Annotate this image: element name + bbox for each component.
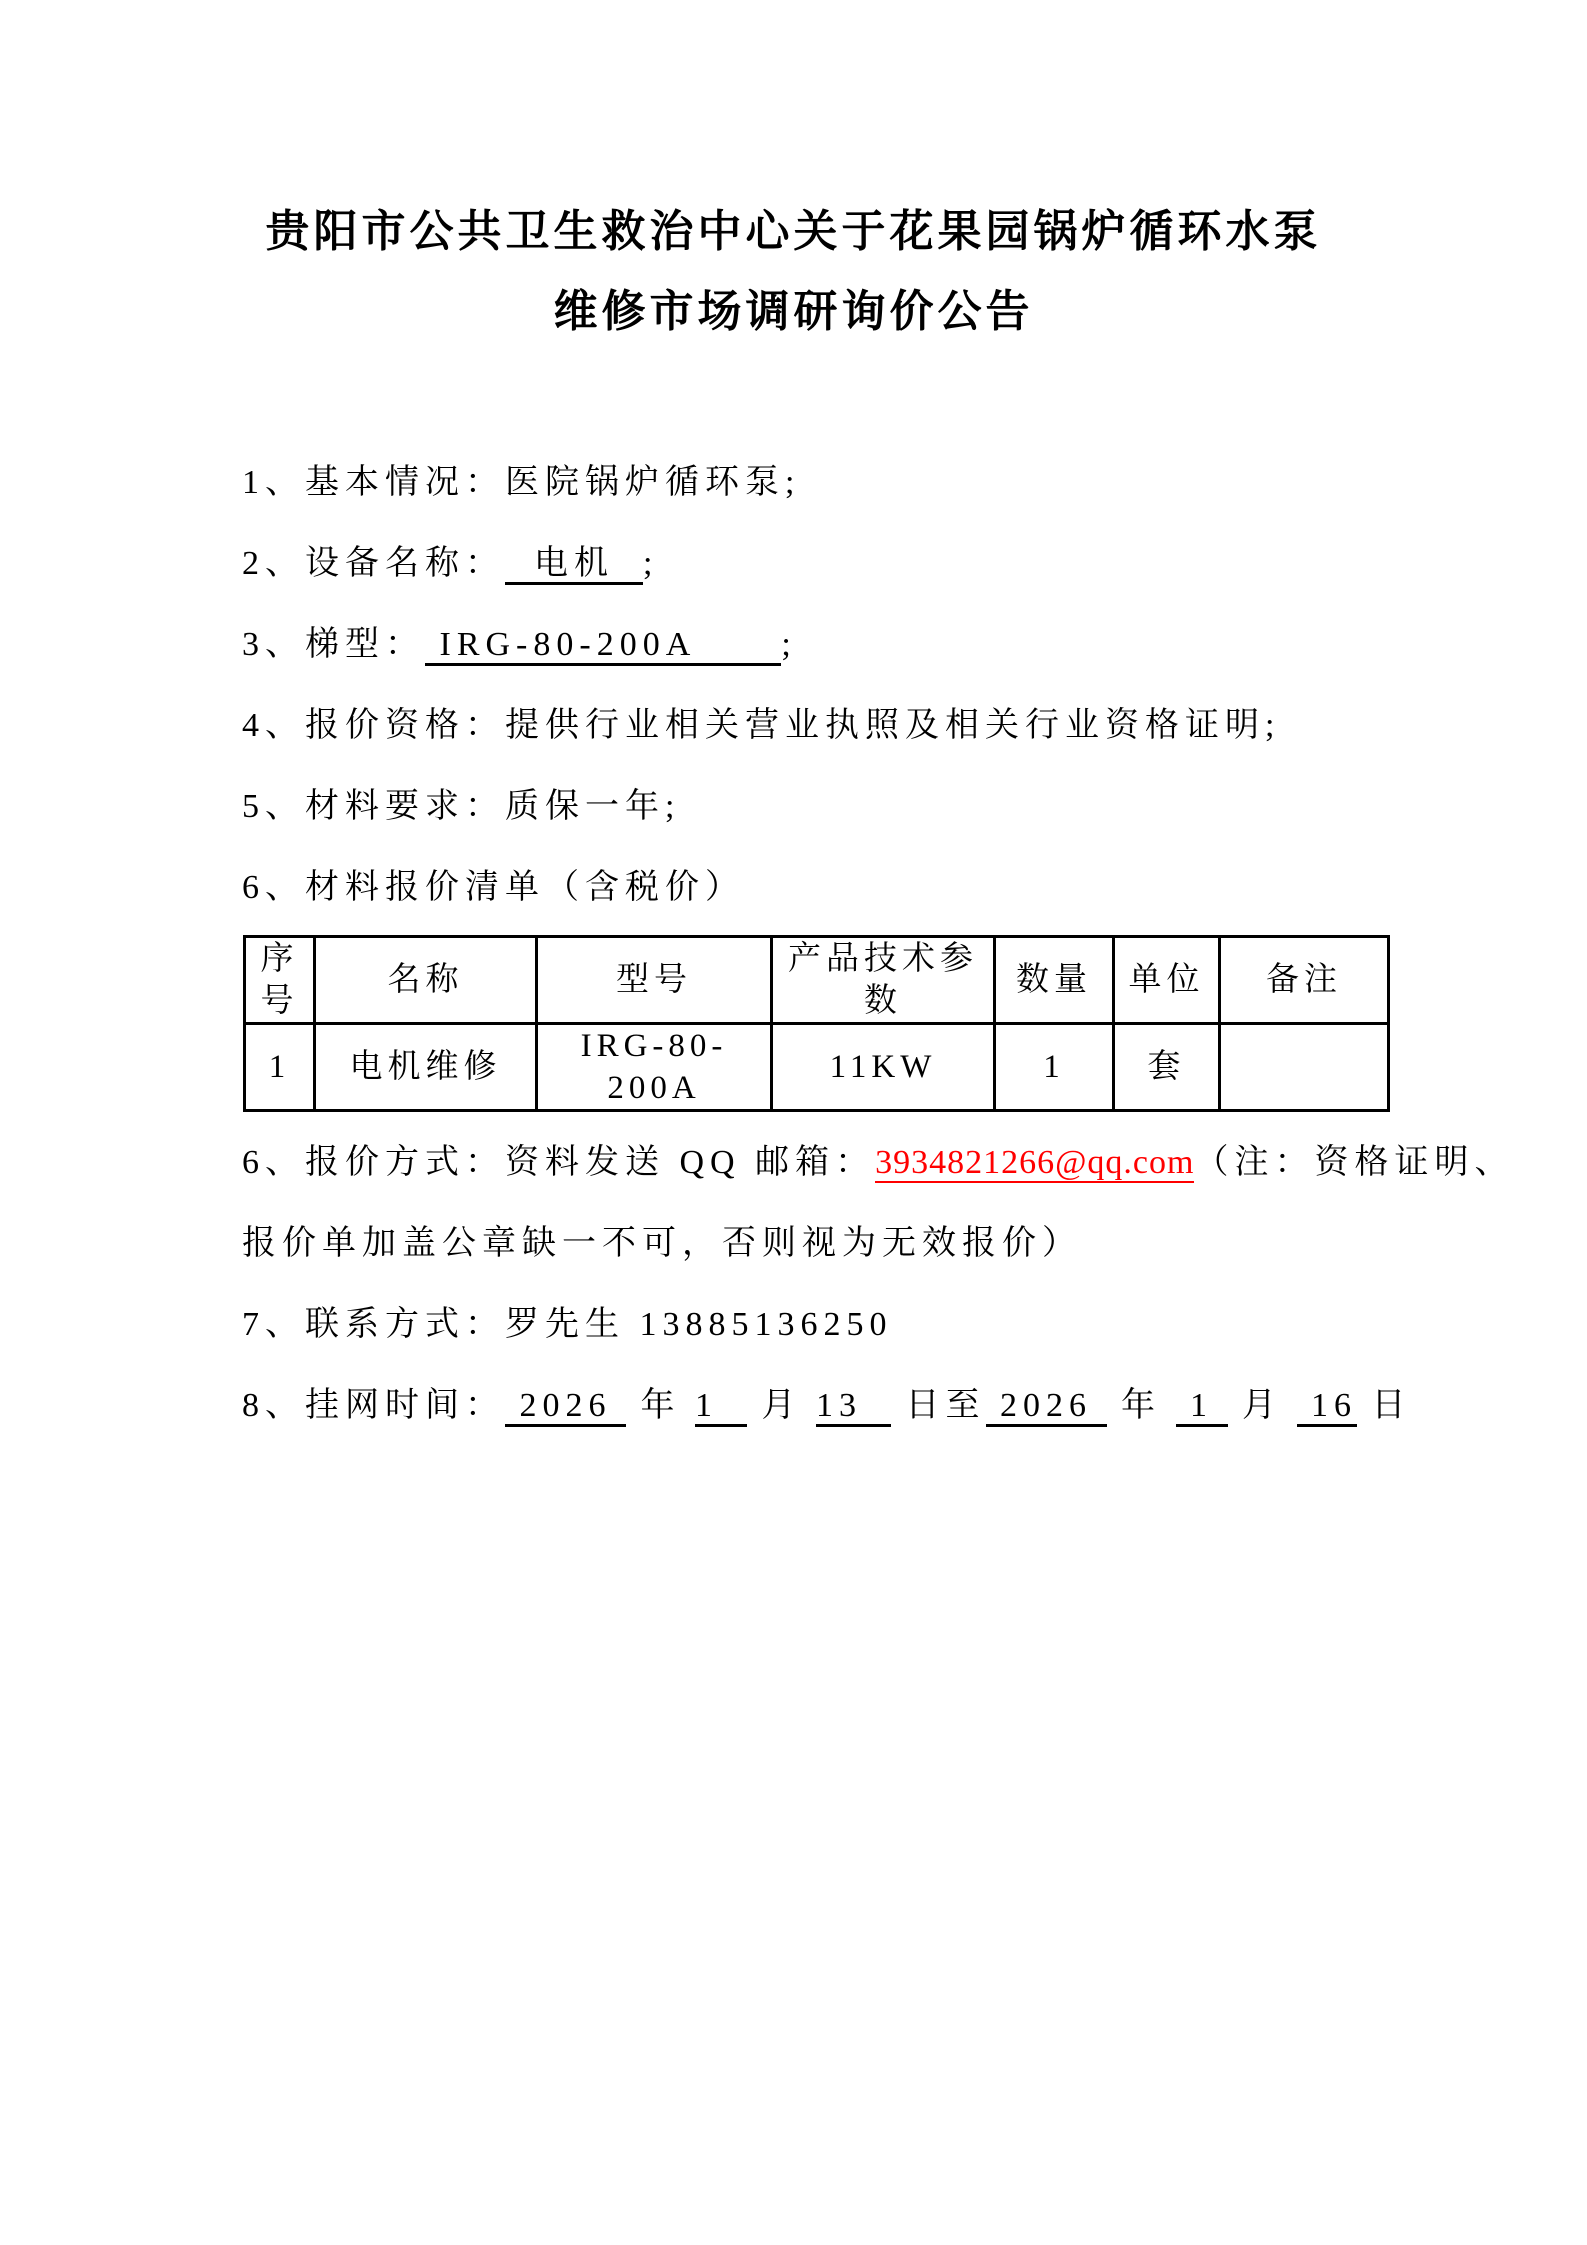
document-page: 贵阳市公共卫生救治中心关于花果园锅炉循环水泵 维修市场调研询价公告 1、基本情况…	[0, 0, 1587, 2245]
material-quote-table: 序号 名称 型号 产品技术参数 数量 单位 备注 1 电机维修 IRG-80-2…	[243, 935, 1390, 1112]
item8-day-start-blank: 13	[816, 1387, 891, 1427]
list-item-device-name: 2、设备名称： 电机 ;	[242, 523, 1522, 604]
document-body: 1、基本情况：医院锅炉循环泵; 2、设备名称： 电机 ; 3、梯型： IRG-8…	[242, 442, 1522, 1446]
item2-label: 2、设备名称：	[242, 545, 505, 582]
item6-text: 6、材料报价清单（含税价）	[242, 869, 745, 906]
item8-year-end-blank: 2026	[986, 1387, 1107, 1427]
cell-model: IRG-80-200A	[537, 1024, 772, 1111]
item1-text: 1、基本情况：医院锅炉循环泵;	[242, 464, 800, 501]
item2-suffix: ;	[643, 545, 658, 582]
item8-month-label-1: 月	[747, 1387, 816, 1424]
item3-blank-value: IRG-80-200A	[425, 626, 781, 666]
list-item-quote-method: 6、报价方式：资料发送 QQ 邮箱：3934821266@qq.com（注：资格…	[242, 1122, 1522, 1203]
item8-month-label-2: 月	[1228, 1387, 1297, 1424]
item6b-line2-text: 报价单加盖公章缺一不可，否则视为无效报价）	[242, 1225, 1082, 1262]
qq-email-link[interactable]: 3934821266@qq.com	[875, 1144, 1194, 1183]
item8-year-label-1: 年	[626, 1387, 695, 1424]
item8-day-label-2: 日	[1357, 1387, 1412, 1424]
item8-label: 8、挂网时间：	[242, 1387, 505, 1424]
item8-day-to-label: 日至	[891, 1387, 986, 1424]
col-header-model: 型号	[537, 937, 772, 1024]
document-title-line1: 贵阳市公共卫生救治中心关于花果园锅炉循环水泵	[0, 192, 1587, 272]
item8-month-start-blank: 1	[695, 1387, 747, 1427]
list-item-quote-list-heading: 6、材料报价清单（含税价）	[242, 847, 1522, 928]
col-header-tech-params: 产品技术参数	[772, 937, 995, 1024]
col-header-remark: 备注	[1220, 937, 1389, 1024]
list-item-contact: 7、联系方式：罗先生 13885136250	[242, 1284, 1522, 1365]
list-item-material-requirement: 5、材料要求：质保一年;	[242, 766, 1522, 847]
list-item-quote-method-line2: 报价单加盖公章缺一不可，否则视为无效报价）	[242, 1203, 1522, 1284]
item8-day-end-blank: 16	[1297, 1387, 1358, 1427]
col-header-name: 名称	[315, 937, 537, 1024]
cell-index: 1	[245, 1024, 315, 1111]
item6b-note: （注：资格证明、	[1194, 1144, 1514, 1181]
cell-unit: 套	[1114, 1024, 1220, 1111]
item8-month-end-blank: 1	[1176, 1387, 1228, 1427]
item2-blank-value: 电机	[505, 545, 643, 585]
list-item-basic-info: 1、基本情况：医院锅炉循环泵;	[242, 442, 1522, 523]
item3-suffix: ;	[781, 626, 796, 663]
cell-remark	[1220, 1024, 1389, 1111]
col-header-quantity: 数量	[995, 937, 1114, 1024]
table-header-row: 序号 名称 型号 产品技术参数 数量 单位 备注	[245, 937, 1389, 1024]
list-item-model: 3、梯型： IRG-80-200A ;	[242, 604, 1522, 685]
document-title-line2: 维修市场调研询价公告	[0, 272, 1587, 352]
cell-tech-params: 11KW	[772, 1024, 995, 1111]
item3-label: 3、梯型：	[242, 626, 425, 663]
item5-text: 5、材料要求：质保一年;	[242, 788, 680, 825]
list-item-qualification: 4、报价资格：提供行业相关营业执照及相关行业资格证明;	[242, 685, 1522, 766]
col-header-index: 序号	[245, 937, 315, 1024]
cell-quantity: 1	[995, 1024, 1114, 1111]
cell-name: 电机维修	[315, 1024, 537, 1111]
item8-year-label-2: 年	[1107, 1387, 1176, 1424]
item4-text: 4、报价资格：提供行业相关营业执照及相关行业资格证明;	[242, 707, 1280, 744]
list-item-posting-time: 8、挂网时间： 2026 年 1 月 13 日至 2026 年 1 月 16 日	[242, 1365, 1522, 1446]
col-header-unit: 单位	[1114, 937, 1220, 1024]
item8-year-start-blank: 2026	[505, 1387, 626, 1427]
item6b-label: 6、报价方式：资料发送 QQ 邮箱：	[242, 1144, 875, 1181]
table-row: 1 电机维修 IRG-80-200A 11KW 1 套	[245, 1024, 1389, 1111]
item7-text: 7、联系方式：罗先生 13885136250	[242, 1306, 893, 1343]
document-title: 贵阳市公共卫生救治中心关于花果园锅炉循环水泵 维修市场调研询价公告	[0, 192, 1587, 352]
